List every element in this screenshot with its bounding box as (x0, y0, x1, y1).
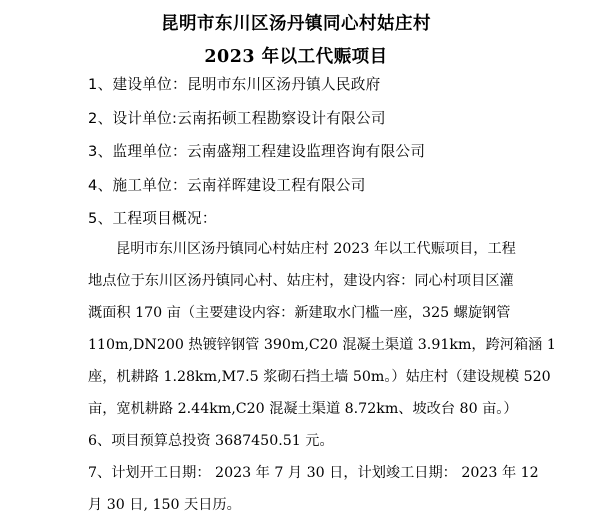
overview-line-4: 110m,DN200 热镀锌钢管 390m,C20 混凝土渠道 3.91km，跨… (88, 334, 556, 354)
overview-line-2: 地点位于东川区汤丹镇同心村、姑庄村，建设内容：同心村项目区灌 (88, 270, 514, 290)
overview-line-5: 座，机耕路 1.28km,M7.5 浆砌石挡土墙 50m。）姑庄村（建设规模 5… (88, 366, 551, 386)
document-title-line1: 昆明市东川区汤丹镇同心村姑庄村 (0, 10, 592, 35)
schedule-line-2: 月 30 日, 150 天日历。 (88, 494, 241, 513)
item-project-overview-heading: 5、工程项目概况： (88, 207, 217, 228)
item-contractor-unit: 4、施工单位：云南祥晖建设工程有限公司 (88, 174, 366, 195)
schedule-line-1: 7、计划开工日期： 2023 年 7 月 30 日，计划竣工日期： 2023 年… (88, 462, 539, 482)
document-title-line2: 2023 年以工代赈项目 (0, 43, 592, 68)
overview-line-1: 昆明市东川区汤丹镇同心村姑庄村 2023 年以工代赈项目，工程 (116, 238, 516, 258)
item-budget: 6、项目预算总投资 3687450.51 元。 (88, 430, 334, 450)
overview-line-3: 溉面积 170 亩（主要建设内容：新建取水门槛一座，325 螺旋钢管 (88, 302, 510, 322)
item-supervision-unit: 3、监理单位：云南盛翔工程建设监理咨询有限公司 (88, 140, 425, 161)
item-construction-unit: 1、建设单位：昆明市东川区汤丹镇人民政府 (88, 73, 381, 94)
item-design-unit: 2、设计单位:云南拓顿工程勘察设计有限公司 (88, 107, 386, 128)
overview-line-6: 亩，宽机耕路 2.44km,C20 混凝土渠道 8.72km、坡改台 80 亩。… (88, 398, 518, 418)
